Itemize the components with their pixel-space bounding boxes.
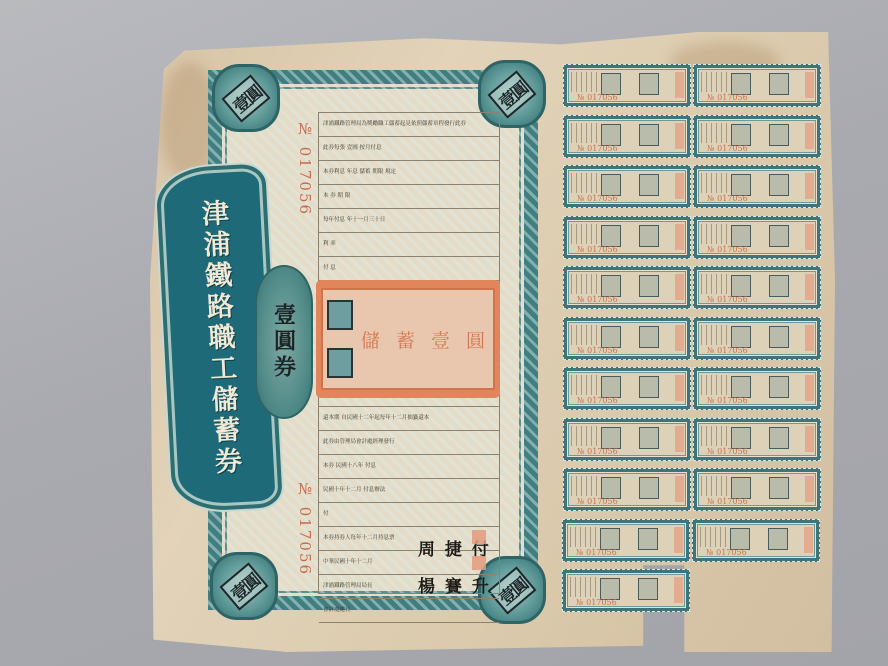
coupon-serial: № 017056: [577, 396, 618, 405]
coupon-serial: № 017056: [576, 598, 617, 607]
corner-medallion-bottom-left: 壹圓: [210, 552, 278, 620]
terms-row: 會計處處長: [319, 599, 499, 623]
terms-row: 本券 民國十八年 付息: [319, 455, 499, 479]
coupon-text-lines: [571, 375, 597, 395]
coupon-stamp-box: [601, 427, 621, 449]
coupon-text-lines: [701, 426, 727, 446]
coupon-serial: № 017056: [577, 295, 618, 304]
terms-row: 利 率: [319, 233, 499, 257]
coupon: № 017056: [693, 216, 821, 259]
red-official-seal: 儲 蓄 壹 圓: [316, 280, 500, 398]
coupon-serial: № 017056: [576, 548, 617, 557]
signature-chop: [472, 530, 486, 544]
coupon-text-lines: [571, 72, 597, 92]
serial-number-bottom: № 017056: [296, 480, 314, 576]
coupon-stamp-box: [731, 275, 751, 297]
coupon-serial: № 017056: [707, 245, 748, 254]
coupon-serial: № 017056: [707, 447, 748, 456]
coupon-stamp-box: [769, 225, 789, 247]
coupon-serial: № 017056: [707, 346, 748, 355]
coupon: № 017056: [563, 64, 691, 107]
coupon: № 017056: [693, 266, 821, 309]
coupon-text-lines: [701, 224, 727, 244]
coupon-stamp-box: [639, 326, 659, 348]
coupon: № 017056: [563, 367, 691, 410]
coupon-stamp-box: [731, 225, 751, 247]
coupon-stamp-box: [769, 73, 789, 95]
denomination-medallion: 壹圓券: [255, 265, 313, 419]
coupon-text-lines: [701, 173, 727, 193]
terms-row: 還本期 自民國十二年起每年十二月抽籤還本: [319, 407, 499, 431]
coupon-chop: [674, 577, 683, 603]
coupon-text-lines: [571, 123, 597, 143]
coupon-serial: № 017056: [707, 396, 748, 405]
coupon-serial: № 017056: [707, 144, 748, 153]
coupon-stamp-box: [601, 477, 621, 499]
coupon-stamp-box: [601, 73, 621, 95]
coupon-stamp-box: [601, 326, 621, 348]
coupon-serial: № 017056: [577, 497, 618, 506]
coupon-stamp-box: [769, 376, 789, 398]
coupon-stamp-box: [769, 174, 789, 196]
seal-character: 圓: [466, 326, 485, 353]
coupon-chop: [805, 224, 814, 250]
coupon-text-lines: [701, 476, 727, 496]
coupon-serial: № 017056: [577, 346, 618, 355]
coupon-stamp-box: [730, 528, 750, 550]
coupon-stamp-box: [769, 124, 789, 146]
coupon-text-lines: [700, 527, 726, 547]
seal-character: 蓄: [396, 326, 415, 353]
coupon-serial: № 017056: [707, 497, 748, 506]
coupon: № 017056: [693, 418, 821, 461]
coupon-chop: [675, 325, 684, 351]
coupon-stamp-box: [731, 376, 751, 398]
coupon-chop: [804, 527, 813, 553]
coupon-chop: [675, 375, 684, 401]
coupon-text-lines: [571, 224, 597, 244]
coupon-stamp-box: [601, 275, 621, 297]
coupon-text-lines: [701, 325, 727, 345]
coupon-text-lines: [570, 527, 596, 547]
coupon-chop: [805, 72, 814, 98]
coupon: № 017056: [693, 317, 821, 360]
coupon: № 017056: [563, 165, 691, 208]
coupon-text-lines: [570, 577, 596, 597]
seal-character: 儲: [361, 326, 380, 353]
coupon-stamp-box: [601, 174, 621, 196]
coupon-stamp-box: [769, 477, 789, 499]
coupon: № 017056: [693, 367, 821, 410]
coupon-stamp-box: [731, 174, 751, 196]
coupon-text-lines: [701, 375, 727, 395]
coupon: № 017056: [563, 317, 691, 360]
coupon: № 017056: [693, 64, 821, 107]
coupon-text-lines: [571, 325, 597, 345]
coupon: № 017056: [563, 266, 691, 309]
terms-row: 此券每張 壹圓 按月付息: [319, 137, 499, 161]
coupon-chop: [805, 123, 814, 149]
terms-row: 付: [319, 503, 499, 527]
corner-medallion-top-left: 壹圓: [212, 64, 280, 132]
coupon-stamp-box: [731, 477, 751, 499]
coupon-stamp-box: [731, 73, 751, 95]
terms-row: 此券由管理局會計處經理發行: [319, 431, 499, 455]
terms-row: 本券利息 年息 儲蓄 期限 規定: [319, 161, 499, 185]
coupon-stamp-box: [601, 376, 621, 398]
coupon-stamp-box: [600, 528, 620, 550]
coupon-text-lines: [701, 72, 727, 92]
terms-row: 每年付息 年十一月三十日: [319, 209, 499, 233]
coupon-chop: [805, 173, 814, 199]
coupon-serial: № 017056: [577, 194, 618, 203]
coupon-text-lines: [701, 274, 727, 294]
coupon-stamp-box: [731, 124, 751, 146]
coupon-serial: № 017056: [707, 295, 748, 304]
coupon-stamp-box: [769, 427, 789, 449]
coupon-stamp-box: [768, 528, 788, 550]
coupon-serial: № 017056: [707, 93, 748, 102]
coupon-chop: [805, 274, 814, 300]
coupon-chop: [675, 476, 684, 502]
signature-chop: [472, 556, 486, 570]
terms-row: 津浦鐵路管理局為獎勵職工儲蓄起見依照儲蓄章程發行此券: [319, 113, 499, 137]
coupon: № 017056: [693, 115, 821, 158]
coupon-stamp-box: [639, 376, 659, 398]
terms-row: 民國十年十二月 付息辦法: [319, 479, 499, 503]
coupon-chop: [674, 527, 683, 553]
coupon-chop: [805, 375, 814, 401]
coupon-stamp-box: [601, 225, 621, 247]
coupon-serial: № 017056: [707, 194, 748, 203]
coupon-chop: [805, 426, 814, 452]
coupon-text-lines: [701, 123, 727, 143]
coupon-stamp-box: [638, 578, 658, 600]
coupon-text-lines: [571, 173, 597, 193]
coupon-chop: [805, 325, 814, 351]
coupon-serial: № 017056: [577, 447, 618, 456]
coupon: № 017056: [562, 569, 690, 612]
coupon-stamp-box: [639, 275, 659, 297]
coupon-stamp-box: [639, 427, 659, 449]
coupon-stamp-box: [731, 427, 751, 449]
seal-stamp-box: [327, 348, 353, 378]
signature-accountant: 楊 賽 升: [418, 572, 491, 597]
coupon: № 017056: [563, 115, 691, 158]
coupon-stamp-box: [731, 326, 751, 348]
coupon: № 017056: [563, 468, 691, 511]
coupon-stamp-box: [639, 73, 659, 95]
coupon-serial: № 017056: [577, 93, 618, 102]
coupon: № 017056: [563, 216, 691, 259]
coupon-stamp-box: [639, 174, 659, 196]
terms-row: 付 息: [319, 257, 499, 281]
coupon-text-lines: [571, 426, 597, 446]
coupon-stamp-box: [639, 225, 659, 247]
coupon-serial: № 017056: [577, 144, 618, 153]
coupon-serial: № 017056: [706, 548, 747, 557]
coupon-text-lines: [571, 274, 597, 294]
coupon-chop: [805, 476, 814, 502]
coupon-stamp-box: [600, 578, 620, 600]
coupon-chop: [675, 274, 684, 300]
coupon-serial: № 017056: [577, 245, 618, 254]
terms-row: 本 券 期 限: [319, 185, 499, 209]
coupon-text-lines: [571, 476, 597, 496]
serial-number-top: № 017056: [296, 120, 314, 216]
seal-character: 壹: [431, 326, 450, 353]
coupon: № 017056: [563, 418, 691, 461]
title-text: 津浦鐵路職工儲蓄券: [192, 198, 246, 479]
coupon-stamp-box: [638, 528, 658, 550]
coupon-chop: [675, 173, 684, 199]
coupon: № 017056: [562, 519, 690, 562]
coupon-chop: [675, 224, 684, 250]
seal-stamp-box: [327, 300, 353, 330]
coupon-chop: [675, 123, 684, 149]
coupon: № 017056: [693, 468, 821, 511]
coupon: № 017056: [692, 519, 820, 562]
coupon-stamp-box: [769, 326, 789, 348]
coupon-chop: [675, 72, 684, 98]
coupon-stamp-box: [769, 275, 789, 297]
coupon-stamp-box: [639, 124, 659, 146]
coupon-stamp-box: [639, 477, 659, 499]
coupon-chop: [675, 426, 684, 452]
coupon-stamp-box: [601, 124, 621, 146]
coupon: № 017056: [693, 165, 821, 208]
denomination-text: 壹圓券: [269, 303, 300, 381]
